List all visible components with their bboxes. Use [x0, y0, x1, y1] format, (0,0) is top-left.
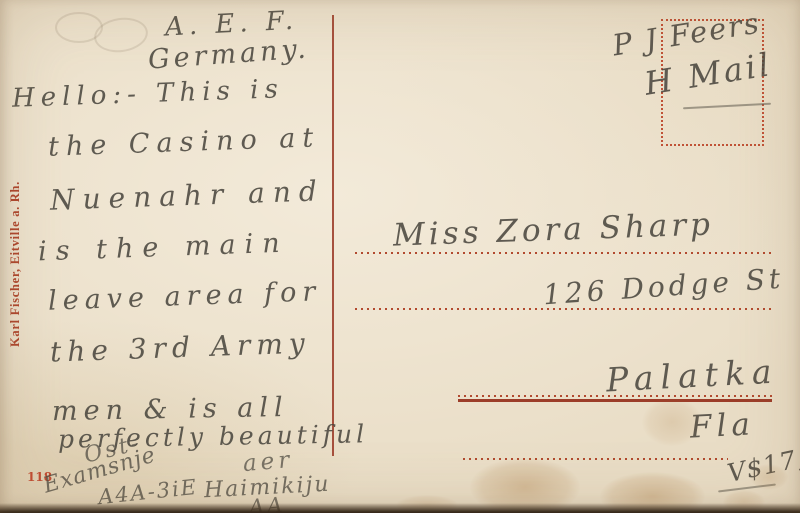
address-street: 126 Dodge St	[542, 265, 785, 310]
message-line-6: the 3rd Army	[50, 329, 312, 366]
postcard-back: Karl Fischer, Eitville a. Rh. 118 A. E. …	[0, 0, 800, 513]
message-line-4: is the main	[38, 230, 289, 266]
message-line-5: leave area for	[48, 278, 322, 315]
address-city: Palatka	[605, 355, 779, 397]
message-line-1: Hello:- This is	[12, 76, 285, 111]
scrawl-signature: aer	[242, 449, 294, 476]
center-divider-line	[332, 15, 334, 456]
stain	[642, 398, 702, 446]
message-line-3: Nuenahr and	[50, 177, 326, 215]
address-recipient: Miss Zora Sharp	[393, 209, 715, 251]
card-bottom-edge-shadow	[0, 503, 800, 513]
publisher-imprint: Karl Fischer, Eitville a. Rh.	[8, 181, 23, 347]
stain	[750, 464, 788, 490]
message-line-2: the Casino at	[48, 124, 321, 160]
